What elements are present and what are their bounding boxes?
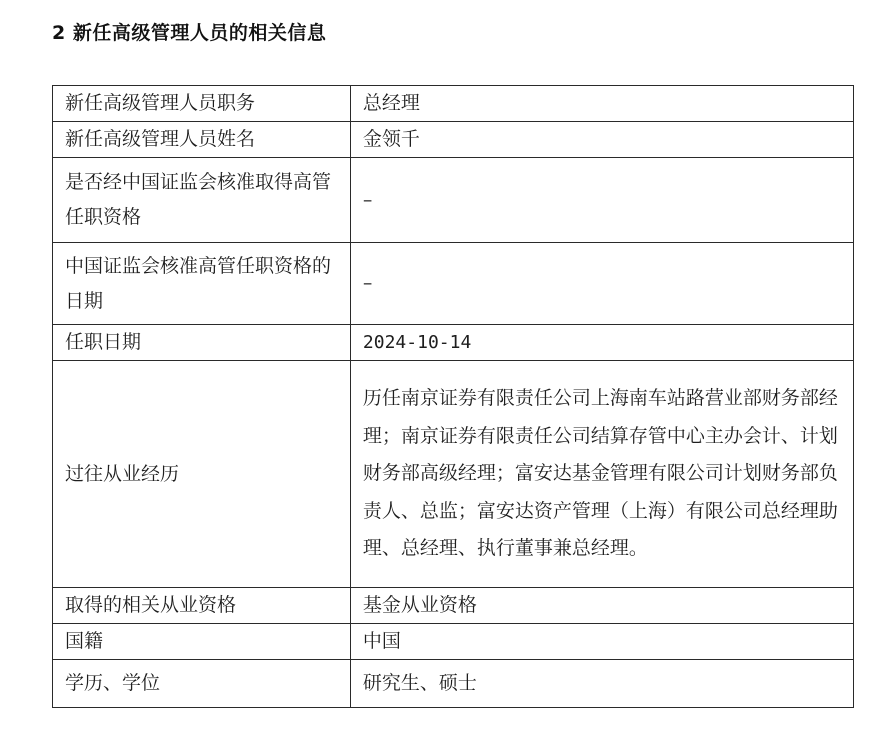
row-label: 过往从业经历 [53,361,351,588]
table-row-csrc-approval: 是否经中国证监会核准取得高管任职资格 – [53,158,854,243]
row-label: 新任高级管理人员职务 [53,86,351,122]
row-label: 任职日期 [53,325,351,361]
row-value: 金领千 [350,122,853,158]
row-label: 是否经中国证监会核准取得高管任职资格 [53,158,351,243]
row-value: 中国 [350,624,853,660]
table-row-appointment-date: 任职日期 2024-10-14 [53,325,854,361]
row-value: 研究生、硕士 [350,660,853,708]
table-row-education: 学历、学位 研究生、硕士 [53,660,854,708]
row-label: 中国证监会核准高管任职资格的日期 [53,243,351,325]
row-value: – [350,243,853,325]
row-value: – [350,158,853,243]
row-label: 新任高级管理人员姓名 [53,122,351,158]
row-value: 2024-10-14 [350,325,853,361]
table-row-qualification: 取得的相关从业资格 基金从业资格 [53,588,854,624]
row-label: 国籍 [53,624,351,660]
row-value: 基金从业资格 [350,588,853,624]
table-row-csrc-approval-date: 中国证监会核准高管任职资格的日期 – [53,243,854,325]
row-value: 总经理 [350,86,853,122]
row-label: 取得的相关从业资格 [53,588,351,624]
table-row-position: 新任高级管理人员职务 总经理 [53,86,854,122]
table-row-work-experience: 过往从业经历 历任南京证券有限责任公司上海南车站路营业部财务部经理；南京证券有限… [53,361,854,588]
section-title: 2 新任高级管理人员的相关信息 [52,18,326,45]
row-label: 学历、学位 [53,660,351,708]
row-value: 历任南京证券有限责任公司上海南车站路营业部财务部经理；南京证券有限责任公司结算存… [350,361,853,588]
table-row-name: 新任高级管理人员姓名 金领千 [53,122,854,158]
executive-info-table: 新任高级管理人员职务 总经理 新任高级管理人员姓名 金领千 是否经中国证监会核准… [52,85,854,708]
table-row-nationality: 国籍 中国 [53,624,854,660]
